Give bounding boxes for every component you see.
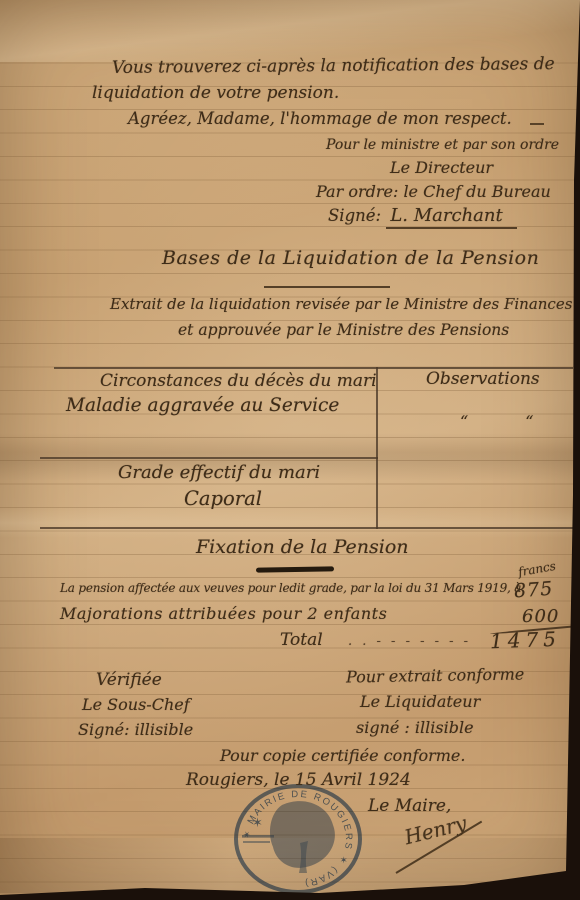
place-date-line: Rougiers, le 15 Avril 1924 bbox=[186, 770, 411, 790]
salutation-line: Agréez, Madame, l'hommage de mon respect… bbox=[128, 109, 512, 128]
pension-amount: 875 bbox=[513, 578, 554, 603]
table-middle-border bbox=[40, 457, 378, 459]
signed-illegible-left: Signé: illisible bbox=[78, 720, 193, 739]
verified-label: Vérifiée bbox=[96, 670, 162, 690]
mayor-stamp: ✶ ✶ MAIRIE DE ROUGIERS ✶ (VAR) bbox=[230, 783, 366, 895]
stray-dash bbox=[530, 123, 544, 125]
section1-underline bbox=[264, 286, 390, 288]
pension-line: La pension affectée aux veuves pour ledi… bbox=[60, 581, 521, 595]
extract-conform-label: Pour extrait conforme bbox=[346, 664, 525, 686]
total-label: Total bbox=[280, 630, 323, 650]
signed-line: Signé: L. Marchant bbox=[328, 205, 517, 226]
table-column-divider bbox=[376, 367, 378, 529]
director-line: Le Directeur bbox=[390, 158, 493, 177]
section1-title: Bases de la Liquidation de la Pension bbox=[162, 247, 539, 269]
signed-label: Signé: bbox=[328, 206, 381, 225]
certification-line: Pour copie certifiée conforme. bbox=[220, 746, 465, 765]
by-order-line: Par ordre: le Chef du Bureau bbox=[316, 182, 551, 201]
minister-line: Pour le ministre et par son ordre bbox=[326, 137, 559, 153]
circumstances-header: Circonstances du décès du mari bbox=[100, 371, 377, 391]
majoration-amount: 600 bbox=[522, 606, 559, 627]
table-bottom-border bbox=[40, 527, 573, 529]
document-paper: Vous trouverez ci-après la notification … bbox=[0, 0, 580, 900]
observations-ditto: “ “ bbox=[460, 412, 559, 431]
section2-title: Fixation de la Pension bbox=[196, 536, 409, 558]
circumstances-value: Maladie aggravée au Service bbox=[66, 395, 339, 416]
liquidateur-label: Le Liquidateur bbox=[360, 692, 480, 711]
signed-name: L. Marchant bbox=[386, 205, 516, 229]
intro-line-2: liquidation de votre pension. bbox=[92, 83, 339, 103]
grade-value: Caporal bbox=[184, 487, 262, 510]
sous-chef-label: Le Sous-Chef bbox=[82, 695, 190, 714]
observations-header: Observations bbox=[426, 369, 540, 389]
majoration-line: Majorations attribuées pour 2 enfants bbox=[60, 604, 387, 623]
mayor-title: Le Maire, bbox=[368, 796, 451, 816]
stamp-ground-line bbox=[243, 841, 270, 843]
signed-illegible-right: signé : illisible bbox=[356, 718, 474, 737]
extract-line-1: Extrait de la liquidation revisée par le… bbox=[110, 295, 572, 313]
total-amount: 1475 bbox=[490, 627, 562, 653]
total-dots: . . - - - - - - - bbox=[348, 634, 471, 649]
grade-header: Grade effectif du mari bbox=[118, 462, 320, 483]
intro-line-1: Vous trouverez ci-après la notification … bbox=[112, 54, 555, 78]
extract-line-2: et approuvée par le Ministre des Pension… bbox=[178, 321, 509, 339]
